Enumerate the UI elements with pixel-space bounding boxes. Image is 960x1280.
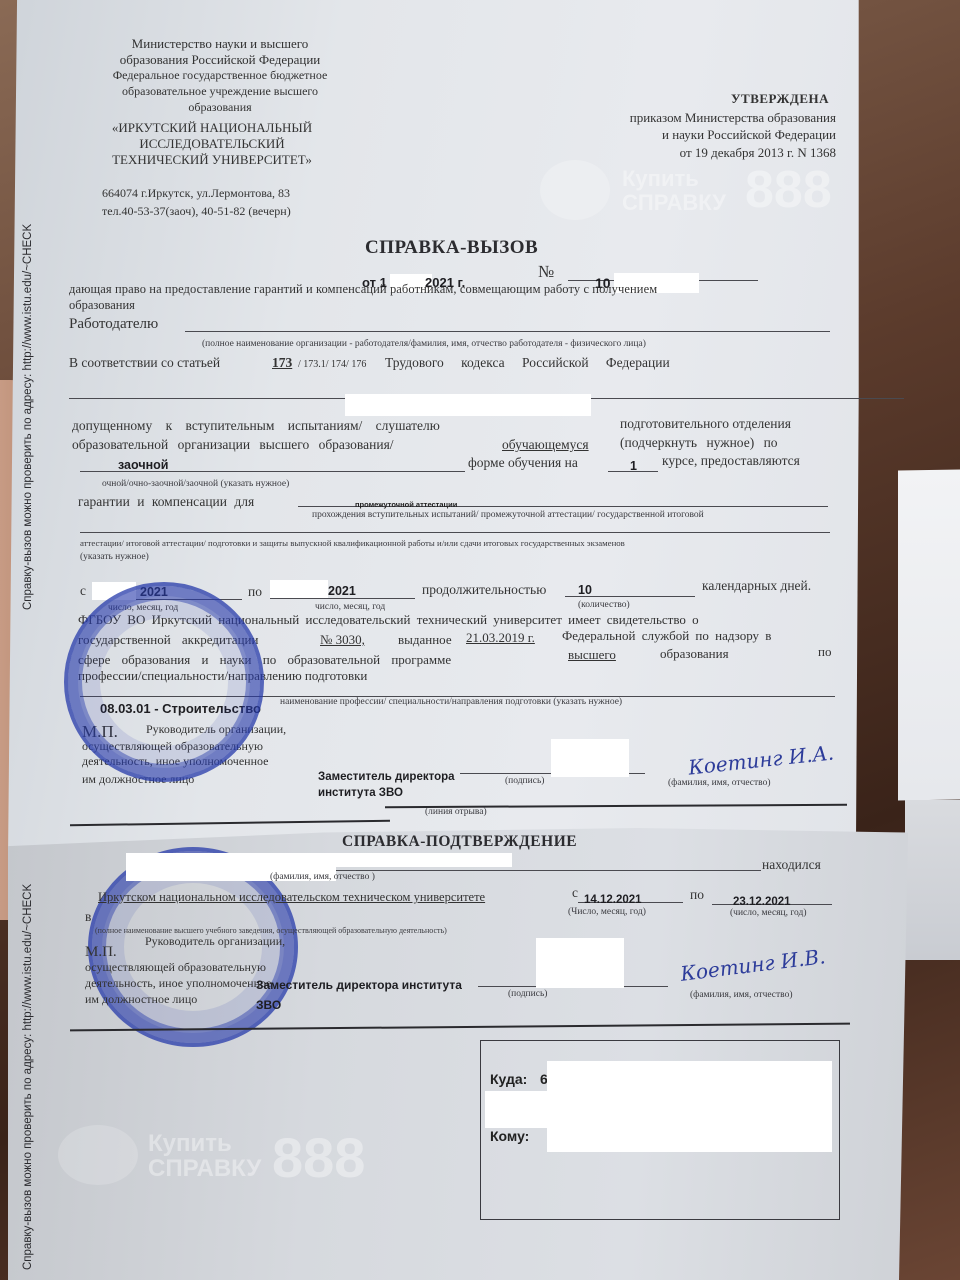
watermark-text: Купить [622, 168, 699, 190]
background-paper [898, 469, 960, 800]
purpose-hint: (указать нужное) [80, 552, 149, 562]
approval-line: от 19 декабря 2013 г. N 1368 [598, 145, 836, 160]
to-where-label: Куда: [490, 1071, 527, 1087]
watermark-logo-icon [58, 1125, 138, 1185]
watermark-text: Купить [148, 1132, 232, 1156]
signer-role: института ЗВО [318, 787, 403, 799]
watermark-text: СПРАВКУ [148, 1157, 261, 1181]
employer-hint: (полное наименование организации - работ… [202, 339, 646, 349]
redacted-field [547, 1061, 832, 1091]
purpose-field-2 [80, 532, 830, 533]
to-label: по [690, 887, 704, 903]
summons-title: СПРАВКА-ВЫЗОВ [365, 237, 538, 259]
redacted-signature [536, 938, 624, 988]
side-verification-note: Справку-вызов можно проверить по адресу:… [22, 884, 34, 1270]
head-text: деятельность, иное уполномоченное [85, 976, 271, 991]
approval-line: приказом Министерства образования [598, 110, 836, 125]
duration-label: продолжительностью [422, 582, 546, 598]
redacted-field [485, 1091, 832, 1128]
specialty-hint: наименование профессии/ специальности/на… [280, 697, 622, 707]
signer-role: ЗВО [256, 998, 281, 1012]
article-prefix: В соответствии со статьей [69, 355, 220, 371]
admitted-text: подготовительного отделения [620, 416, 791, 432]
tear-line-label: (линия отрыва) [425, 807, 487, 817]
seal-place-label: М.П. [85, 944, 117, 961]
to-label: по [248, 584, 262, 600]
approved-label: УТВЕРЖДЕНА [731, 91, 829, 106]
admitted-text: (подчеркнуть нужное) по [620, 435, 778, 451]
admitted-selected: обучающемуся [502, 437, 589, 453]
watermark-logo-icon [540, 160, 610, 220]
date-hint: (число, месяц, год) [730, 908, 807, 918]
admitted-text: образовательной организации высшего обра… [72, 437, 394, 453]
course-text: курсе, предоставляются [662, 453, 800, 469]
study-form-value: заочной [118, 458, 168, 472]
course-value: 1 [630, 459, 637, 473]
university-name: «ИРКУТСКИЙ НАЦИОНАЛЬНЫЙ [62, 120, 362, 135]
accreditation-text: по [818, 644, 831, 660]
purpose-hint: прохождения вступительных испытаний/ про… [312, 510, 704, 520]
from-label: с [572, 885, 578, 901]
purpose-value: промежуточной аттестации [355, 500, 457, 509]
university-name: ИССЛЕДОВАТЕЛЬСКИЙ [62, 136, 362, 151]
issuer-line: Федеральное государственное бюджетное [70, 68, 370, 83]
issuer-address: 664074 г.Иркутск, ул.Лермонтова, 83 [102, 186, 290, 201]
place-value: Иркутском национальном исследовательском… [98, 890, 485, 905]
quantity-hint: (количество) [578, 600, 630, 610]
signer-role: Заместитель директора [318, 771, 455, 783]
duration-suffix: календарных дней. [702, 578, 811, 594]
article-options: / 173.1/ 174/ 176 [298, 359, 366, 370]
article-suffix: Трудового кодекса Российской Федерации [385, 355, 670, 371]
confirmation-title: СПРАВКА-ПОДТВЕРЖДЕНИЕ [342, 833, 577, 851]
watermark-text: СПРАВКУ [622, 192, 726, 214]
issuer-phone: тел.40-53-37(заоч), 40-51-82 (вечерн) [102, 204, 291, 219]
study-form-text: форме обучения на [468, 455, 578, 471]
to-date-field[interactable] [270, 598, 415, 599]
head-text: осуществляющей образовательную [85, 960, 266, 975]
issuer-line: образования Российской Федерации [70, 52, 370, 67]
watermark-number: 888 [272, 1128, 365, 1188]
side-verification-note: Справку-вызов можно проверить по адресу:… [22, 224, 34, 610]
watermark-number: 888 [745, 162, 832, 218]
official-seal-icon [64, 582, 264, 782]
from-label: с [80, 583, 86, 599]
accreditation-date: 21.03.2019 г. [466, 630, 535, 646]
name-hint: (фамилия, имя, отчество ) [270, 872, 375, 882]
guarantees-label: гарантии и компенсации для [78, 494, 254, 510]
employer-field[interactable] [185, 331, 830, 332]
date-hint: число, месяц, год [315, 602, 385, 612]
number-label: № [538, 262, 554, 282]
signature-hint: (подпись) [508, 989, 547, 999]
issuer-line: образовательное учреждение высшего [70, 84, 370, 99]
article-selected: 173 [272, 355, 292, 371]
university-name: ТЕХНИЧЕСКИЙ УНИВЕРСИТЕТ» [62, 152, 362, 167]
approval-line: и науки Российской Федерации [598, 127, 836, 142]
accreditation-number: № 3030, [320, 632, 365, 648]
summons-intro: дающая право на предоставление гарантий … [69, 282, 657, 297]
summons-intro: образования [69, 298, 135, 313]
redacted-field [336, 853, 512, 867]
signer-role: Заместитель директора института [256, 978, 462, 992]
to-whom-label: Кому: [490, 1128, 529, 1144]
signature-hint: (подпись) [505, 776, 544, 786]
accreditation-text: Федеральной службой по надзору в [562, 628, 771, 644]
background-paper [905, 800, 960, 960]
confirmation-to-date: 23.12.2021 [733, 896, 791, 908]
head-text: им должностное лицо [85, 992, 197, 1007]
head-text: Руководитель организации, [145, 934, 285, 949]
redacted-signature [551, 739, 629, 777]
to-year: 2021 [328, 584, 356, 598]
study-form-hint: очной/очно-заочной/заочной (указать нужн… [102, 479, 289, 489]
place-prefix: в [85, 909, 91, 925]
confirmation-from-date: 14.12.2021 [584, 894, 642, 906]
was-label: находился [762, 857, 821, 873]
duration-value: 10 [578, 583, 592, 597]
education-level: высшего [568, 647, 616, 663]
redacted-field [345, 394, 591, 416]
name-hint: (фамилия, имя, отчество) [690, 990, 793, 1000]
purpose-hint: аттестации/ итоговой аттестации/ подгото… [80, 538, 625, 548]
admitted-text: допущенному к вступительным испытаниям/ … [72, 418, 440, 434]
issuer-line: Министерство науки и высшего [70, 36, 370, 51]
redacted-field [270, 580, 328, 598]
employer-label: Работодателю [69, 316, 158, 333]
accreditation-text: выданное [398, 632, 452, 648]
date-hint: (Число, месяц, год) [568, 907, 646, 917]
redacted-field [547, 1128, 832, 1152]
accreditation-text: образования [660, 646, 729, 662]
name-hint: (фамилия, имя, отчество) [668, 778, 771, 788]
issuer-line: образования [70, 100, 370, 115]
